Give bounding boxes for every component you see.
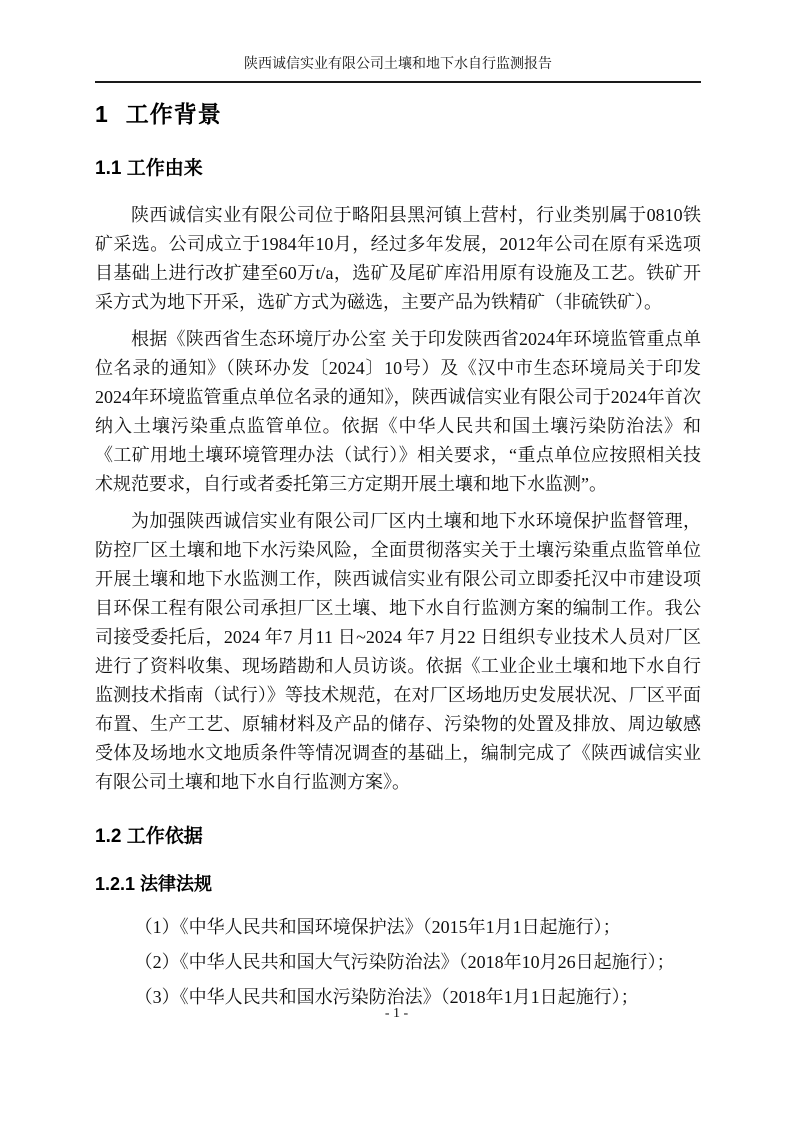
chapter-title: 工作背景	[126, 101, 222, 127]
legal-reference-list: （1）《中华人民共和国环境保护法》（2015年1月1日起施行）； （2）《中华人…	[95, 913, 701, 1012]
document-page: 陕西诚信实业有限公司土壤和地下水自行监测报告 1工作背景 1.1 工作由来 陕西…	[0, 0, 793, 1122]
section-heading-1-2: 1.2 工作依据	[95, 824, 701, 850]
page-header: 陕西诚信实业有限公司土壤和地下水自行监测报告	[95, 56, 701, 83]
page-footer: - 1 -	[0, 1006, 793, 1022]
legal-item-2: （2）《中华人民共和国大气污染防治法》（2018年10月26日起施行）；	[95, 948, 701, 977]
chapter-heading: 1工作背景	[95, 99, 701, 129]
paragraph-2: 根据《陕西省生态环境厅办公室 关于印发陕西省2024年环境监管重点单位名录的通知…	[95, 325, 701, 499]
page-content: 陕西诚信实业有限公司土壤和地下水自行监测报告 1工作背景 1.1 工作由来 陕西…	[95, 56, 701, 1018]
page-number: - 1 -	[385, 1006, 408, 1021]
subsection-heading-1-2-1: 1.2.1 法律法规	[95, 872, 701, 896]
section-heading-1-1: 1.1 工作由来	[95, 156, 701, 182]
chapter-number: 1	[95, 101, 108, 127]
legal-item-1: （1）《中华人民共和国环境保护法》（2015年1月1日起施行）；	[95, 913, 701, 942]
paragraph-1: 陕西诚信实业有限公司位于略阳县黑河镇上营村，行业类别属于0810铁矿采选。公司成…	[95, 201, 701, 317]
paragraph-3: 为加强陕西诚信实业有限公司厂区内土壤和地下水环境保护监督管理，防控厂区土壤和地下…	[95, 507, 701, 797]
running-title: 陕西诚信实业有限公司土壤和地下水自行监测报告	[244, 57, 552, 72]
